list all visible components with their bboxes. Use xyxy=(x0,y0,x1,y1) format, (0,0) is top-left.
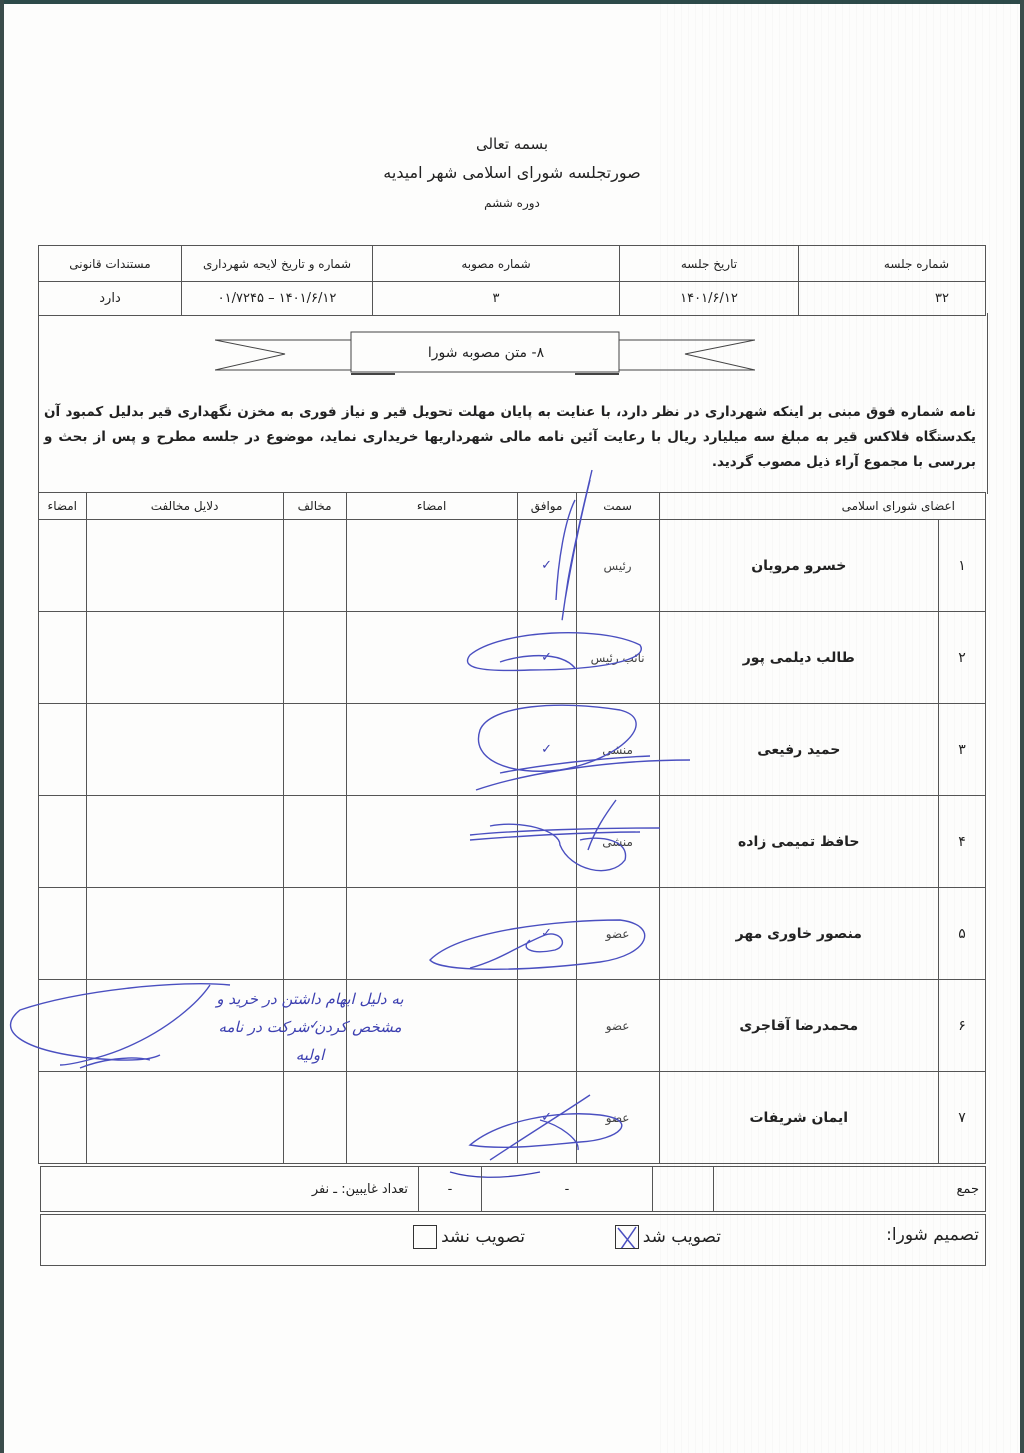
agree-checkmark-icon: ✓ xyxy=(517,888,576,980)
resolution-text: نامه شماره فوق مبنی بر اینکه شهرداری در … xyxy=(44,400,976,475)
signature-cell xyxy=(39,796,87,888)
handwritten-objection-reason: به دلیل ابهام داشتن در خرید و مشخص کردن … xyxy=(215,985,405,1069)
reason-cell xyxy=(86,704,283,796)
header-signature-agree: امضاء xyxy=(346,493,517,520)
member-name: حافظ تمیمی زاده xyxy=(659,796,938,888)
row-number: ۷ xyxy=(939,1072,986,1164)
value-session-date: ۱۴۰۱/۶/۱۲ xyxy=(620,282,799,316)
document-title: صورتجلسه شورای اسلامی شهر امیدیه xyxy=(0,163,1024,182)
invocation-heading: بسمه تعالی xyxy=(0,135,1024,153)
value-session-number: ۳۲ xyxy=(799,282,986,316)
reason-cell xyxy=(86,520,283,612)
header-legal-documents: مستندات قانونی xyxy=(39,246,182,282)
signature-cell xyxy=(346,888,517,980)
scanned-document-page: بسمه تعالی صورتجلسه شورای اسلامی شهر امی… xyxy=(0,0,1024,1453)
disagree-cell xyxy=(283,612,346,704)
member-role: عضو xyxy=(576,1072,659,1164)
x-mark-icon xyxy=(616,1226,638,1248)
header-resolution-number: شماره مصوبه xyxy=(373,246,620,282)
approved-label: تصویب شد xyxy=(643,1227,721,1247)
session-info-table: شماره جلسه تاریخ جلسه شماره مصوبه شماره … xyxy=(38,245,986,316)
signature-cell xyxy=(346,1072,517,1164)
value-legal-documents: دارد xyxy=(39,282,182,316)
council-decision: تصمیم شورا: تصویب شد تصویب نشد xyxy=(40,1214,986,1266)
header-session-number: شماره جلسه xyxy=(799,246,986,282)
signature-cell xyxy=(346,520,517,612)
rejected-checkbox[interactable] xyxy=(413,1225,437,1249)
header-members: اعضای شورای اسلامی xyxy=(659,493,985,520)
member-name: محمدرضا آقاجری xyxy=(659,980,938,1072)
votes-table: اعضای شورای اسلامی سمت موافق امضاء مخالف… xyxy=(38,492,986,1164)
signature-cell xyxy=(39,888,87,980)
member-name: حمید رفیعی xyxy=(659,704,938,796)
row-number: ۱ xyxy=(939,520,986,612)
option-approved[interactable]: تصویب شد xyxy=(615,1225,721,1249)
member-role: منشی xyxy=(576,796,659,888)
reason-cell xyxy=(86,612,283,704)
disagree-cell xyxy=(283,1072,346,1164)
agree-checkmark-icon: ✓ xyxy=(517,612,576,704)
member-role: عضو xyxy=(576,980,659,1072)
header-agree: موافق xyxy=(517,493,576,520)
member-role: عضو xyxy=(576,888,659,980)
header-signature-disagree: امضاء xyxy=(39,493,87,520)
member-name: طالب دیلمی پور xyxy=(659,612,938,704)
summary-signature-dash: - xyxy=(482,1167,653,1212)
disagree-cell xyxy=(283,704,346,796)
row-number: ۳ xyxy=(939,704,986,796)
agree-checkmark-icon: ✓ xyxy=(517,704,576,796)
value-resolution-number: ۳ xyxy=(373,282,620,316)
reason-cell xyxy=(86,1072,283,1164)
reason-cell xyxy=(86,796,283,888)
table-row: ۵ منصور خاوری مهر عضو ✓ xyxy=(39,888,986,980)
summary-agree-total xyxy=(653,1167,714,1212)
option-rejected[interactable]: تصویب نشد xyxy=(413,1225,525,1249)
disagree-cell xyxy=(283,888,346,980)
signature-cell xyxy=(39,1072,87,1164)
table-row: ۳ حمید رفیعی منشی ✓ xyxy=(39,704,986,796)
value-bill-number-date: ۱۴۰۱/۶/۱۲ – ۰۱/۷۲۴۵ xyxy=(182,282,373,316)
table-row: ۱ خسرو مرویان رئیس ✓ xyxy=(39,520,986,612)
member-role: رئیس xyxy=(576,520,659,612)
signature-cell xyxy=(346,704,517,796)
header-session-date: تاریخ جلسه xyxy=(620,246,799,282)
signature-cell xyxy=(39,704,87,796)
summary-label: جمع xyxy=(714,1167,986,1212)
row-number: ۵ xyxy=(939,888,986,980)
approved-checkbox[interactable] xyxy=(615,1225,639,1249)
scan-edge-right xyxy=(1020,0,1024,1453)
absent-count: تعداد غایبین: ـ نفر xyxy=(41,1167,419,1212)
summary-disagree-dash: - xyxy=(419,1167,482,1212)
signature-cell xyxy=(346,796,517,888)
member-role: نائب رئیس xyxy=(576,612,659,704)
agree-checkmark-icon: ✓ xyxy=(517,1072,576,1164)
member-name: منصور خاوری مهر xyxy=(659,888,938,980)
signature-cell xyxy=(39,980,87,1072)
agree-checkmark-icon xyxy=(517,980,576,1072)
votes-header-row: اعضای شورای اسلامی سمت موافق امضاء مخالف… xyxy=(39,493,986,520)
header-disagree: مخالف xyxy=(283,493,346,520)
row-number: ۴ xyxy=(939,796,986,888)
row-number: ۶ xyxy=(939,980,986,1072)
section-banner: ۸- متن مصوبه شورا xyxy=(215,330,755,378)
summary-row: جمع - - تعداد غایبین: ـ نفر xyxy=(41,1167,986,1212)
summary-table: جمع - - تعداد غایبین: ـ نفر xyxy=(40,1166,986,1212)
row-number: ۲ xyxy=(939,612,986,704)
member-name: خسرو مرویان xyxy=(659,520,938,612)
member-role: منشی xyxy=(576,704,659,796)
table-row: ۶ محمدرضا آقاجری عضو ✓ xyxy=(39,980,986,1072)
header-role: سمت xyxy=(576,493,659,520)
term-subtitle: دوره ششم xyxy=(0,196,1024,210)
signature-cell xyxy=(39,520,87,612)
header-disagree-reasons: دلایل مخالفت xyxy=(86,493,283,520)
table-row: ۴ حافظ تمیمی زاده منشی xyxy=(39,796,986,888)
table-row: ۲ طالب دیلمی پور نائب رئیس ✓ xyxy=(39,612,986,704)
banner-label: ۸- متن مصوبه شورا xyxy=(355,338,617,368)
signature-cell xyxy=(39,612,87,704)
scan-edge-left xyxy=(0,0,4,1453)
reason-cell xyxy=(86,888,283,980)
member-name: ایمان شریفات xyxy=(659,1072,938,1164)
agree-checkmark-icon xyxy=(517,796,576,888)
decision-label: تصمیم شورا: xyxy=(886,1225,979,1245)
signature-cell xyxy=(346,612,517,704)
header-bill-number-date: شماره و تاریخ لایحه شهرداری xyxy=(182,246,373,282)
rejected-label: تصویب نشد xyxy=(441,1227,525,1247)
table-row: ۷ ایمان شریفات عضو ✓ xyxy=(39,1072,986,1164)
agree-checkmark-icon: ✓ xyxy=(517,520,576,612)
disagree-cell xyxy=(283,520,346,612)
disagree-cell xyxy=(283,796,346,888)
